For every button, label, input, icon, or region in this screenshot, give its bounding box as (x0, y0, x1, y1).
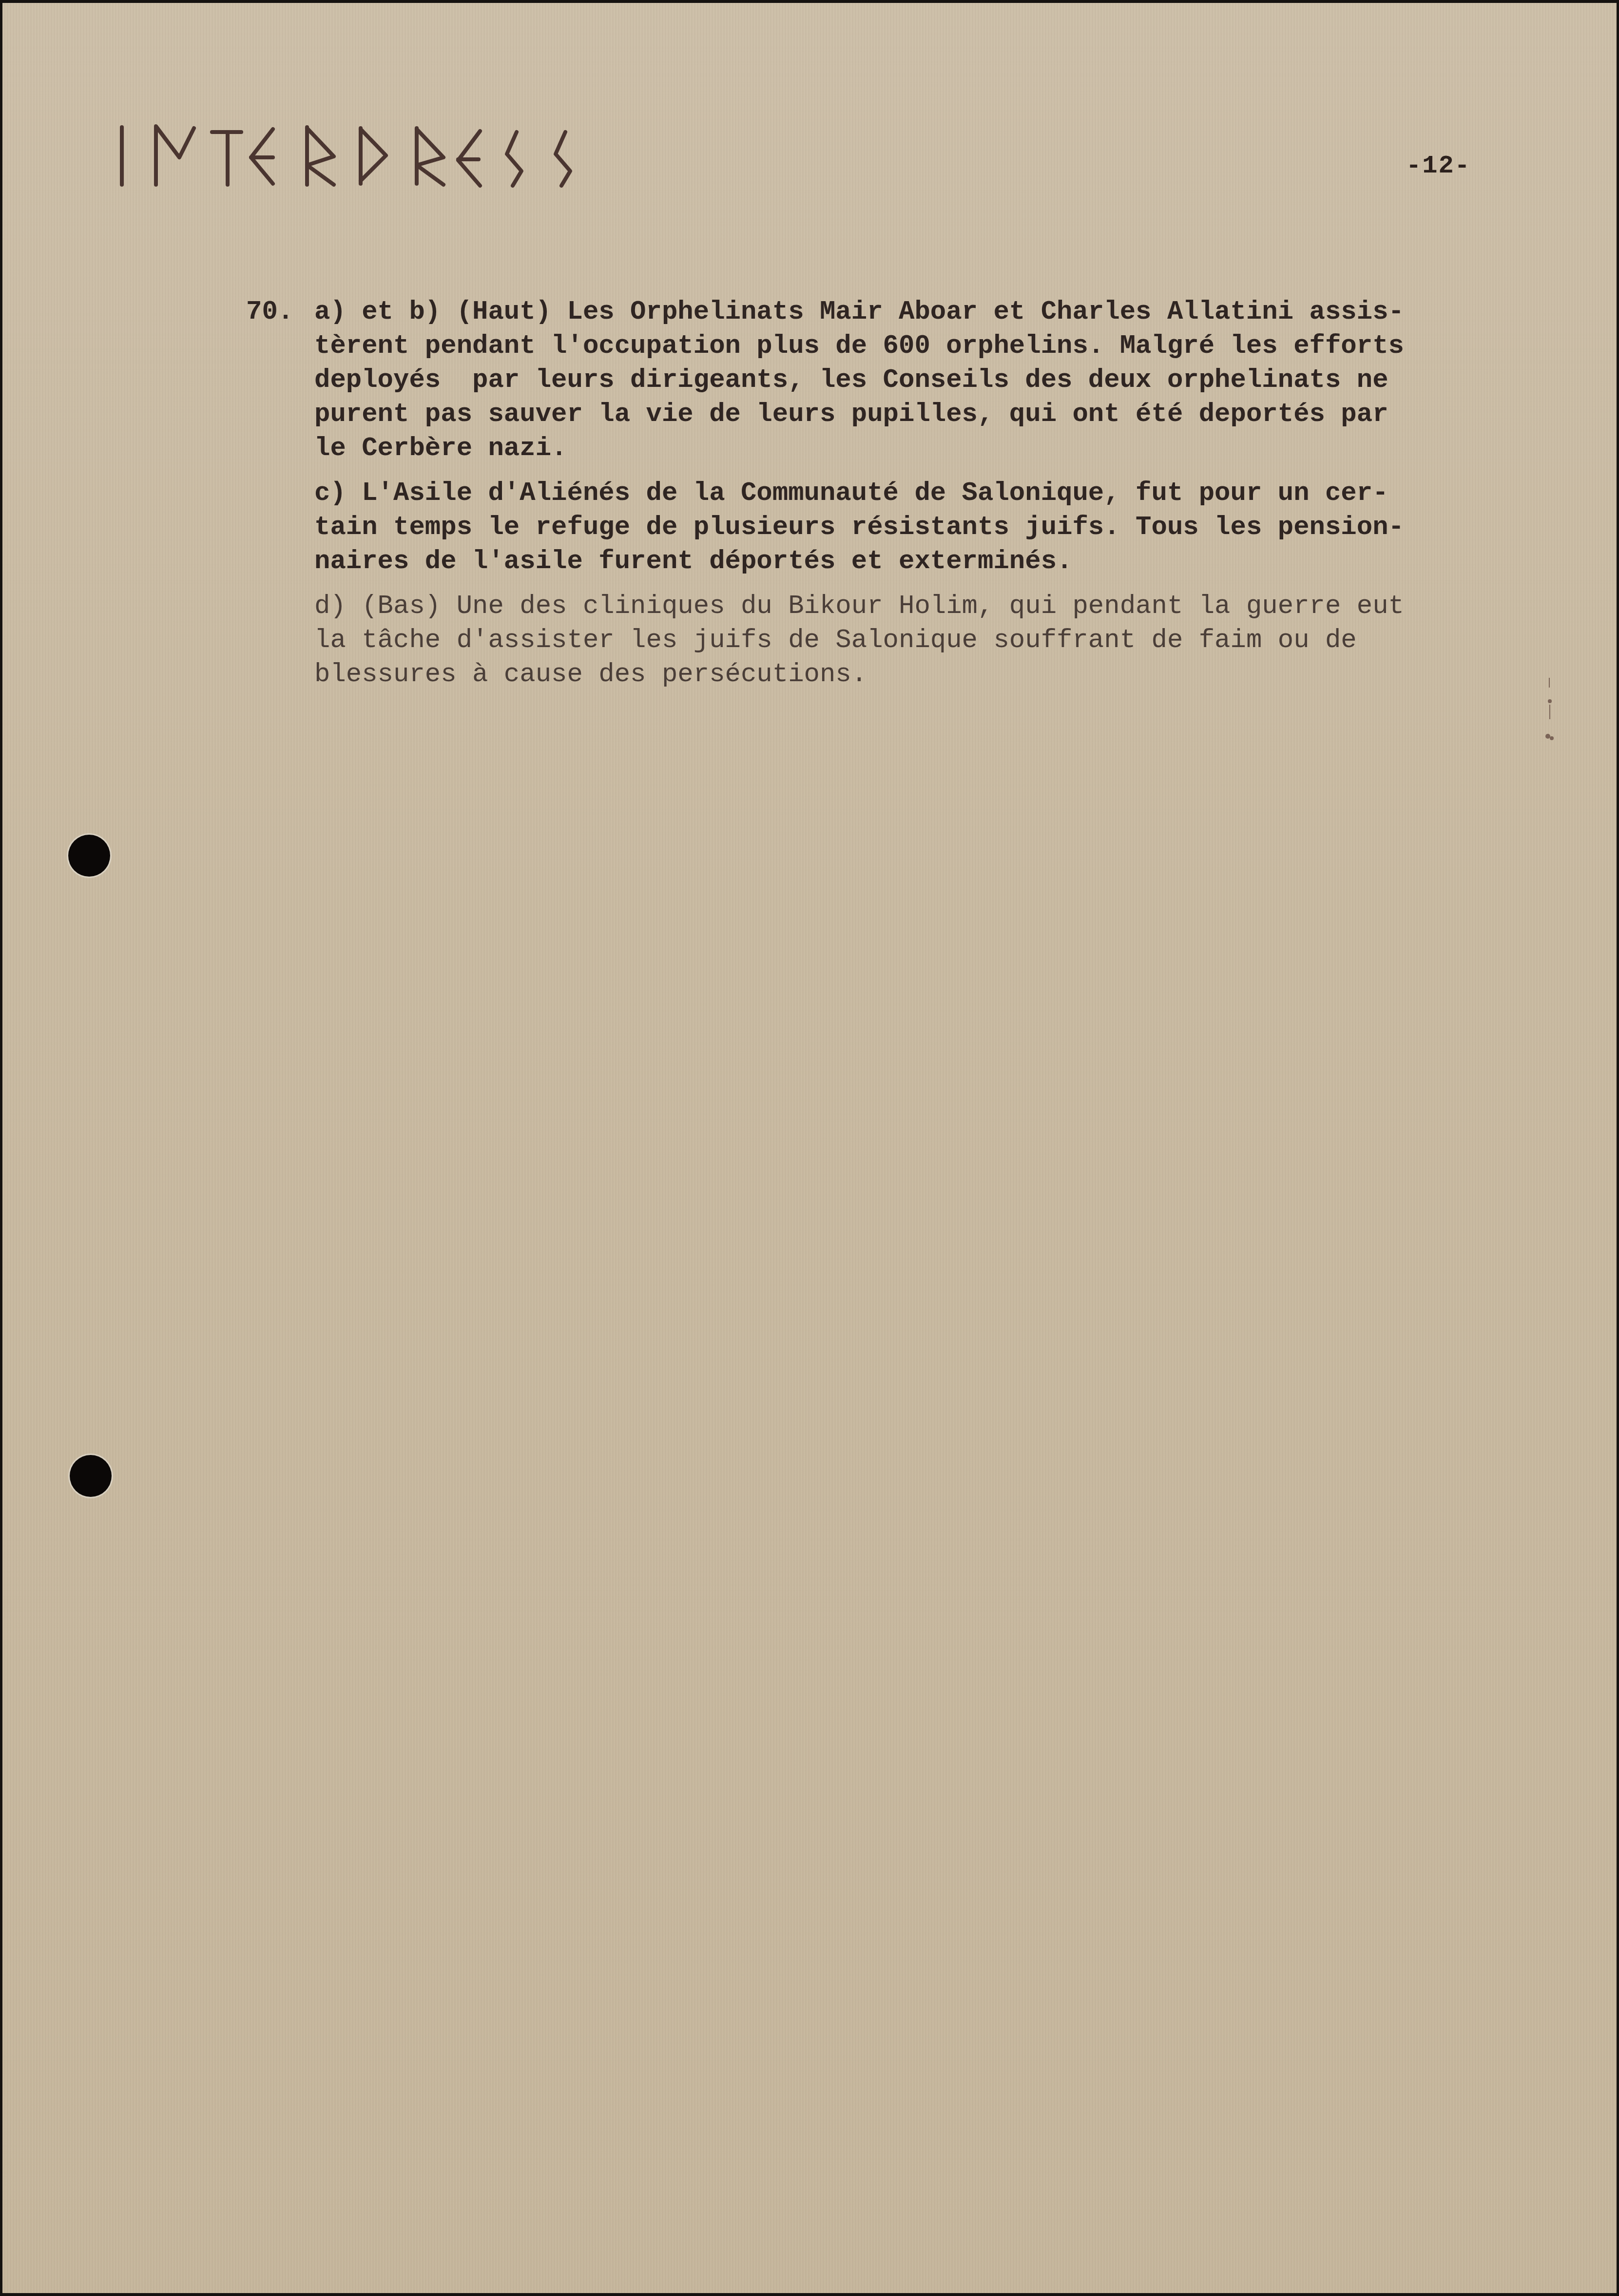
punch-hole-bottom (70, 1455, 112, 1497)
interpress-logo (112, 122, 653, 191)
text-line: tain temps le refuge de plusieurs résist… (314, 511, 1528, 545)
document-page: -12- 70. a) et b) (Haut) Les Orphelinats… (2, 3, 1617, 2293)
logo-runic-letters (112, 122, 653, 191)
text-line: naires de l'asile furent déportés et ext… (314, 545, 1528, 579)
text-line: c) L'Asile d'Aliénés de la Communauté de… (314, 477, 1528, 511)
page-number: -12- (1406, 152, 1471, 180)
text-line: blessures à cause des persécutions. (314, 658, 1528, 692)
ink-smudge (1540, 678, 1560, 746)
paragraph-clinic: d) (Bas) Une des cliniques du Bikour Hol… (314, 590, 1528, 692)
text-line: deployés par leurs dirigeants, les Conse… (314, 364, 1528, 398)
item-number: 70. (246, 295, 293, 329)
text-line: d) (Bas) Une des cliniques du Bikour Hol… (314, 590, 1528, 624)
text-line: purent pas sauver la vie de leurs pupill… (314, 398, 1528, 432)
caption-item: 70. a) et b) (Haut) Les Orphelinats Mair… (236, 295, 1528, 692)
text-line: la tâche d'assister les juifs de Saloniq… (314, 624, 1528, 658)
text-line: tèrent pendant l'occupation plus de 600 … (314, 329, 1528, 364)
text-line: a) et b) (Haut) Les Orphelinats Mair Abo… (314, 295, 1528, 329)
paragraph-asylum: c) L'Asile d'Aliénés de la Communauté de… (314, 477, 1528, 579)
text-line: le Cerbère nazi. (314, 432, 1528, 466)
paragraph-orphanages: a) et b) (Haut) Les Orphelinats Mair Abo… (314, 295, 1528, 466)
document-body: 70. a) et b) (Haut) Les Orphelinats Mair… (236, 295, 1528, 704)
punch-hole-top (68, 835, 110, 877)
